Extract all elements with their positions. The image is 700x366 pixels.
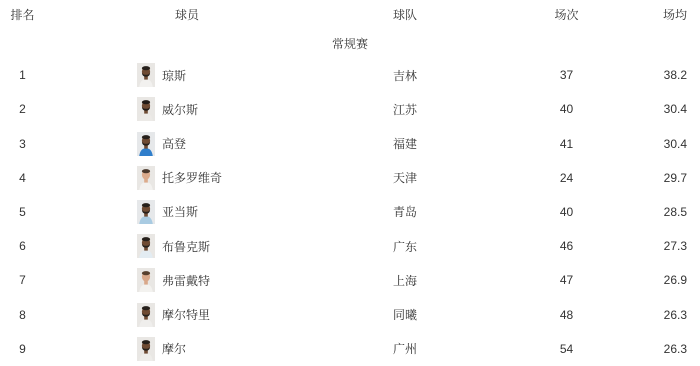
games-cell: 37 [500, 68, 633, 82]
table-body: 1 琼斯 吉林 37 38.2 2 威尔斯 江苏 40 30.4 3 [0, 58, 700, 366]
player-name: 亚当斯 [162, 203, 198, 220]
column-header-avg: 场均 [633, 6, 700, 23]
avg-cell: 26.3 [633, 308, 700, 322]
player-cell: 亚当斯 [45, 200, 393, 224]
games-cell: 47 [500, 273, 633, 287]
player-cell: 摩尔 [45, 337, 393, 361]
table-row[interactable]: 4 托多罗维奇 天津 24 29.7 [0, 161, 700, 195]
table-row[interactable]: 2 威尔斯 江苏 40 30.4 [0, 92, 700, 126]
rank-cell: 8 [0, 308, 45, 322]
column-header-player: 球员 [45, 6, 393, 23]
rank-cell: 9 [0, 342, 45, 356]
player-cell: 布鲁克斯 [45, 234, 393, 258]
player-cell: 摩尔特里 [45, 303, 393, 327]
column-header-team: 球队 [393, 6, 500, 23]
games-cell: 46 [500, 239, 633, 253]
team-cell: 同曦 [393, 306, 500, 323]
player-name: 琼斯 [162, 67, 186, 84]
games-cell: 54 [500, 342, 633, 356]
avg-cell: 30.4 [633, 137, 700, 151]
player-name: 摩尔 [162, 340, 186, 357]
player-headshot-icon [137, 234, 155, 258]
section-row-regular-season: 常规赛 [0, 28, 700, 58]
player-headshot-icon [137, 337, 155, 361]
rank-cell: 6 [0, 239, 45, 253]
player-headshot-icon [137, 132, 155, 156]
games-cell: 40 [500, 205, 633, 219]
player-headshot-icon [137, 268, 155, 292]
player-name: 摩尔特里 [162, 306, 210, 323]
player-stats-table: 排名 球员 球队 场次 场均 常规赛 1 琼斯 吉林 37 38.2 2 [0, 0, 700, 366]
team-cell: 福建 [393, 135, 500, 152]
team-cell: 江苏 [393, 101, 500, 118]
player-name: 威尔斯 [162, 101, 198, 118]
avg-cell: 27.3 [633, 239, 700, 253]
team-cell: 青岛 [393, 203, 500, 220]
rank-cell: 3 [0, 137, 45, 151]
player-headshot-icon [137, 303, 155, 327]
table-row[interactable]: 7 弗雷戴特 上海 47 26.9 [0, 263, 700, 297]
table-row[interactable]: 1 琼斯 吉林 37 38.2 [0, 58, 700, 92]
player-cell: 威尔斯 [45, 97, 393, 121]
column-header-rank: 排名 [0, 6, 45, 23]
team-cell: 广东 [393, 238, 500, 255]
player-cell: 琼斯 [45, 63, 393, 87]
table-row[interactable]: 5 亚当斯 青岛 40 28.5 [0, 195, 700, 229]
column-header-games: 场次 [500, 6, 633, 23]
table-row[interactable]: 6 布鲁克斯 广东 46 27.3 [0, 229, 700, 263]
games-cell: 48 [500, 308, 633, 322]
player-headshot-icon [137, 166, 155, 190]
player-name: 布鲁克斯 [162, 238, 210, 255]
avg-cell: 26.9 [633, 273, 700, 287]
player-cell: 托多罗维奇 [45, 166, 393, 190]
avg-cell: 26.3 [633, 342, 700, 356]
player-name: 托多罗维奇 [162, 169, 222, 186]
player-headshot-icon [137, 200, 155, 224]
player-cell: 高登 [45, 132, 393, 156]
games-cell: 41 [500, 137, 633, 151]
table-header-row: 排名 球员 球队 场次 场均 [0, 0, 700, 28]
games-cell: 40 [500, 102, 633, 116]
section-label: 常规赛 [332, 35, 368, 52]
rank-cell: 5 [0, 205, 45, 219]
avg-cell: 28.5 [633, 205, 700, 219]
table-row[interactable]: 3 高登 福建 41 30.4 [0, 126, 700, 160]
rank-cell: 2 [0, 102, 45, 116]
rank-cell: 4 [0, 171, 45, 185]
table-row[interactable]: 9 摩尔 广州 54 26.3 [0, 332, 700, 366]
avg-cell: 30.4 [633, 102, 700, 116]
player-headshot-icon [137, 97, 155, 121]
avg-cell: 29.7 [633, 171, 700, 185]
team-cell: 上海 [393, 272, 500, 289]
player-cell: 弗雷戴特 [45, 268, 393, 292]
avg-cell: 38.2 [633, 68, 700, 82]
team-cell: 天津 [393, 169, 500, 186]
games-cell: 24 [500, 171, 633, 185]
player-name: 弗雷戴特 [162, 272, 210, 289]
player-headshot-icon [137, 63, 155, 87]
table-row[interactable]: 8 摩尔特里 同曦 48 26.3 [0, 298, 700, 332]
rank-cell: 7 [0, 273, 45, 287]
rank-cell: 1 [0, 68, 45, 82]
player-name: 高登 [162, 135, 186, 152]
team-cell: 吉林 [393, 67, 500, 84]
team-cell: 广州 [393, 340, 500, 357]
